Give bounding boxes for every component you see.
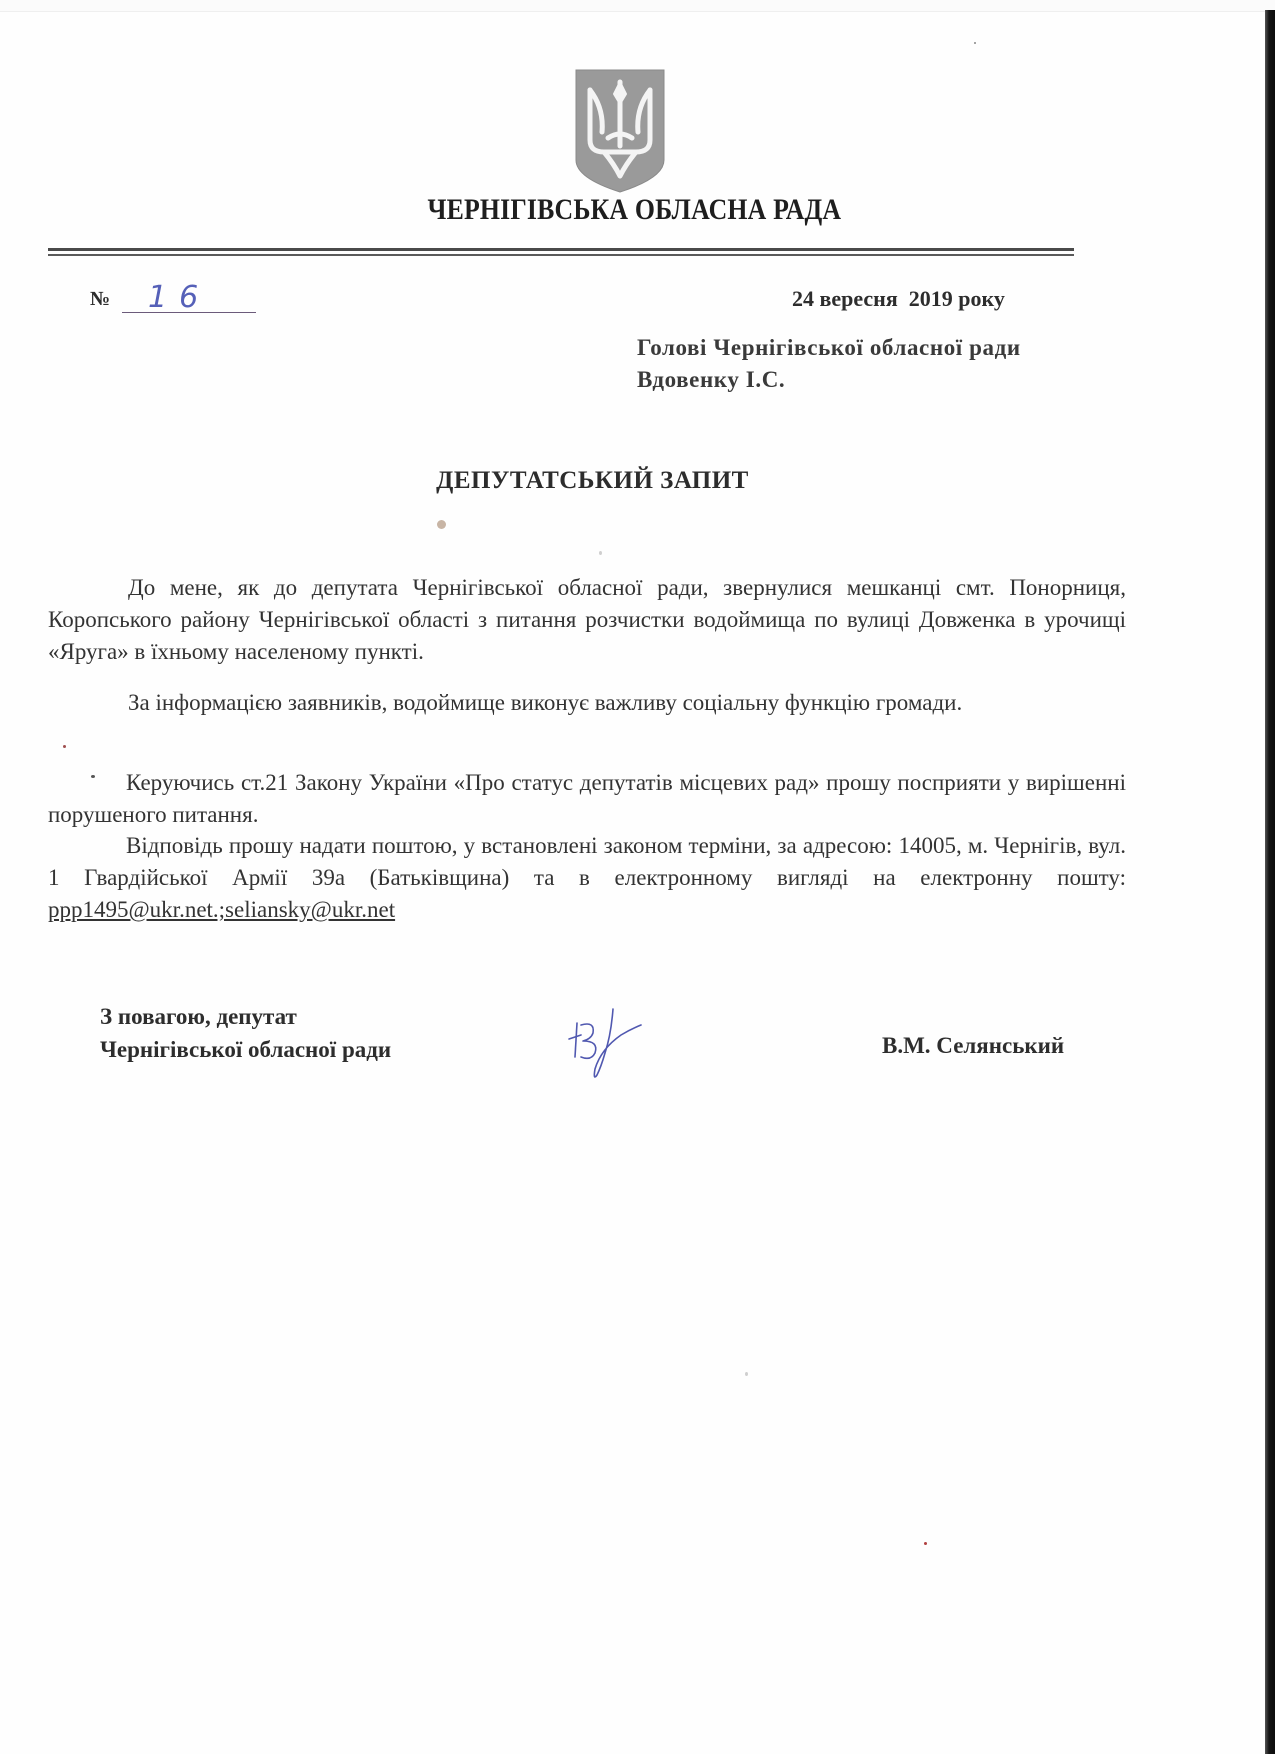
coat-of-arms-trident-icon [574, 68, 666, 194]
organization-name: ЧЕРНІГІВСЬКА ОБЛАСНА РАДА [86, 193, 1183, 227]
document-number-label: № [90, 288, 110, 311]
paragraph-1: До мене, як до депутата Чернігівської об… [48, 572, 1126, 668]
addressee-block: Голові Чернігівської обласної ради Вдове… [637, 332, 1021, 396]
handwritten-signature-icon [565, 1005, 655, 1085]
scan-top-edge [0, 0, 1275, 12]
closing-block: З повагою, депутат Чернігівської обласно… [100, 1000, 391, 1066]
paragraph-text: До мене, як до депутата Чернігівської об… [48, 572, 1126, 668]
scanned-page: ЧЕРНІГІВСЬКА ОБЛАСНА РАДА № 16 24 вересн… [0, 0, 1265, 1754]
email-addresses-link[interactable]: ppp1495@ukr.net.;seliansky@ukr.net [48, 897, 395, 922]
addressee-name: Вдовенку І.С. [637, 364, 1021, 396]
scan-artifact [91, 775, 95, 778]
scan-artifact [745, 1372, 748, 1376]
header-rule-bottom [48, 254, 1074, 256]
paragraph-4: Відповідь прошу надати поштою, у встанов… [48, 830, 1126, 926]
signer-name: В.М. Селянський [882, 1033, 1064, 1059]
scanner-border [1265, 10, 1275, 1754]
closing-line-1: З повагою, депутат [100, 1000, 391, 1033]
scan-artifact [63, 745, 66, 748]
addressee-position: Голові Чернігівської обласної ради [637, 332, 1021, 364]
paragraph-text: За інформацією заявників, водоймище вико… [48, 687, 1126, 719]
paragraph-3: Керуючись ст.21 Закону України «Про стат… [48, 767, 1126, 831]
paragraph-text: Керуючись ст.21 Закону України «Про стат… [48, 767, 1126, 831]
document-title: ДЕПУТАТСЬКИЙ ЗАПИТ [0, 467, 1185, 495]
closing-line-2: Чернігівської обласної ради [100, 1033, 391, 1066]
scan-artifact [599, 551, 602, 555]
reply-request-text: Відповідь прошу надати поштою, у встанов… [48, 833, 1126, 890]
document-date: 24 вересня 2019 року [792, 286, 1005, 312]
document-number-underline [122, 312, 256, 313]
scan-artifact [924, 1542, 927, 1545]
paragraph-2: За інформацією заявників, водоймище вико… [48, 687, 1126, 719]
scan-artifact [974, 42, 976, 44]
scan-artifact [437, 520, 446, 529]
paragraph-text-with-emails: Відповідь прошу надати поштою, у встанов… [48, 830, 1126, 926]
header-rule-top [48, 248, 1074, 251]
document-number-value: 16 [148, 280, 210, 315]
